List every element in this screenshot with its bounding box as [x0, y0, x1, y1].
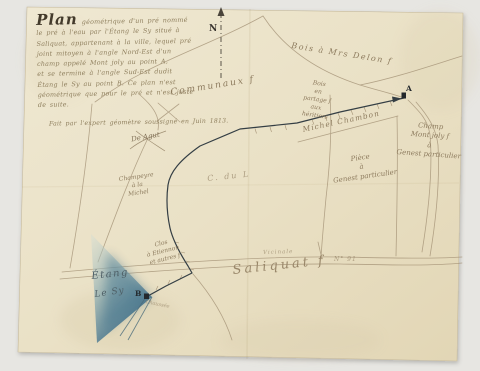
label-road-vicinale: Vicinale — [263, 250, 293, 257]
scanned-historical-map: Plangéométrique d'un pré nommé le pré à … — [0, 0, 480, 371]
label-road-number: N° 91 — [334, 257, 357, 263]
title-initial-word: Plan — [36, 10, 78, 29]
north-label: N — [209, 25, 217, 34]
label-champ-mont-joly: Champ Mont joly f à Genest particulier — [395, 120, 463, 162]
point-b-label: B — [135, 290, 141, 298]
point-a-label: A — [406, 85, 412, 93]
marker-point-a — [402, 93, 407, 99]
